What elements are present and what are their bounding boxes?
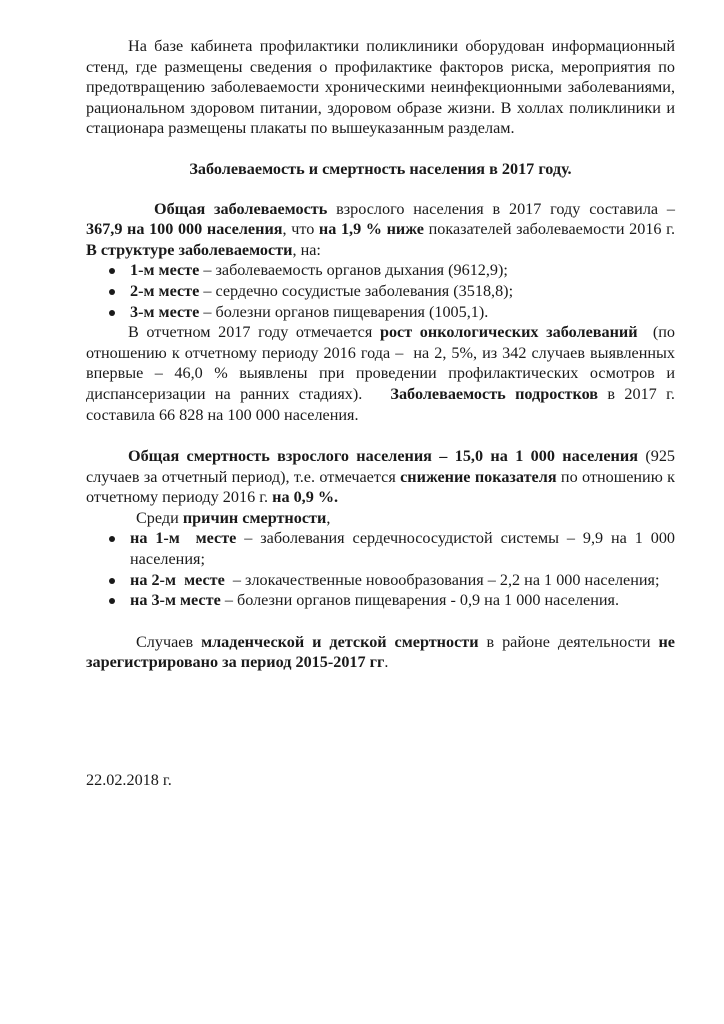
morbidity-change: на 1,9 % ниже xyxy=(319,220,424,238)
list-item: на 3-м месте – болезни органов пищеварен… xyxy=(86,590,675,611)
total-morbidity-label: Общая заболеваемость xyxy=(154,200,327,218)
mortality-paragraph: Общая смертность взрослого населения – 1… xyxy=(86,446,675,508)
document-page: На базе кабинета профилактики поликлиник… xyxy=(86,36,675,673)
morbidity-rate: 367,9 на 100 000 населения xyxy=(86,220,283,238)
mortality-decrease: снижение показателя xyxy=(400,468,556,486)
list-item: на 2-м месте – злокачественные новообраз… xyxy=(86,570,675,591)
causes-intro: Среди причин смертности, xyxy=(86,508,675,529)
section-title: Заболеваемость и смертность населения в … xyxy=(86,159,675,180)
morbidity-paragraph: Общая заболеваемость взрослого населения… xyxy=(86,199,675,261)
child-mortality-paragraph: Случаев младенческой и детской смертност… xyxy=(86,632,675,673)
mortality-causes-list: на 1-м месте – заболевания сердечнососуд… xyxy=(86,528,675,610)
oncology-growth: рост онкологических заболеваний xyxy=(380,323,638,341)
list-item: 2-м месте – сердечно сосудистые заболева… xyxy=(86,281,675,302)
intro-paragraph: На базе кабинета профилактики поликлиник… xyxy=(86,36,675,139)
mortality-change: на 0,9 %. xyxy=(272,488,338,506)
list-item: 3-м месте – болезни органов пищеварения … xyxy=(86,302,675,323)
oncology-paragraph: В отчетном 2017 году отмечается рост онк… xyxy=(86,322,675,425)
list-item: на 1-м месте – заболевания сердечнососуд… xyxy=(86,528,675,569)
document-date: 22.02.2018 г. xyxy=(86,770,172,791)
structure-label: В структуре заболеваемости xyxy=(86,241,292,259)
total-mortality-label: Общая смертность взрослого населения – 1… xyxy=(128,447,638,465)
morbidity-structure-list: 1-м месте – заболеваемость органов дыхан… xyxy=(86,260,675,322)
teen-morbidity-label: Заболеваемость подростков xyxy=(390,385,598,403)
list-item: 1-м месте – заболеваемость органов дыхан… xyxy=(86,260,675,281)
